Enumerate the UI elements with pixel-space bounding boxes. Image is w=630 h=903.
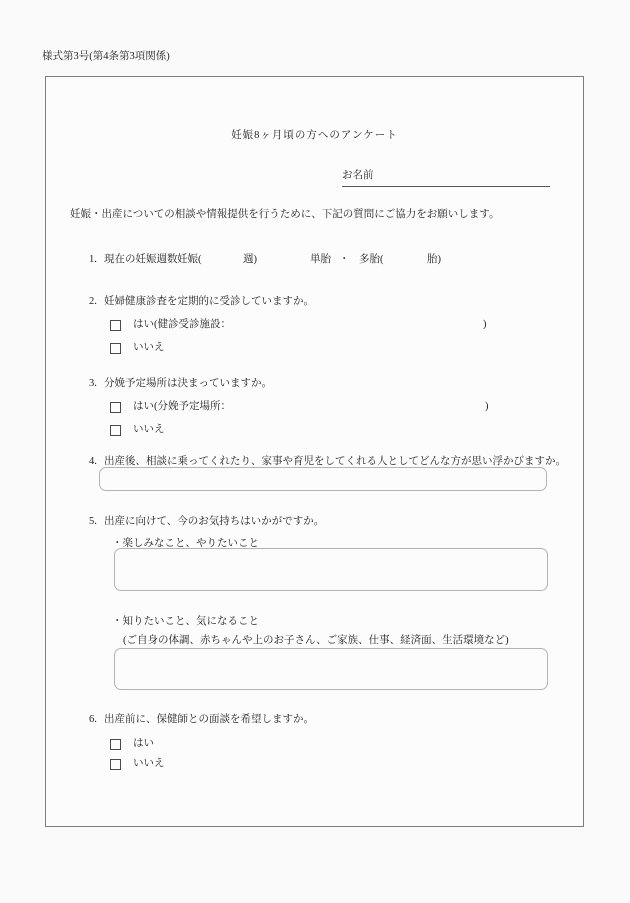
checkbox-q2-yes[interactable]: [110, 320, 121, 331]
checkbox-q2-no[interactable]: [110, 343, 121, 354]
name-label: お名前: [342, 170, 374, 181]
q1-weeks-close: 週): [243, 253, 257, 267]
q3-yes-close-paren: ): [485, 400, 489, 414]
q1-number: 1.: [89, 253, 97, 267]
q5-concern-answer-box[interactable]: [114, 648, 548, 690]
checkbox-q6-yes[interactable]: [110, 739, 121, 750]
q2-number: 2.: [89, 295, 97, 309]
question-5-header: 5. 出産に向けて、今のお気持ちはいかがですか。: [46, 515, 583, 530]
question-2-header: 2. 妊婦健康診査を定期的に受診していますか。: [46, 295, 583, 310]
q3-number: 3.: [89, 377, 97, 391]
form-number: 様式第3号(第4条第3項関係): [42, 50, 170, 64]
checkbox-q6-no[interactable]: [110, 759, 121, 770]
question-6-header: 6. 出産前に、保健師との面談を希望しますか。: [46, 713, 583, 728]
q4-answer-box[interactable]: [99, 467, 547, 491]
checkbox-q3-no[interactable]: [110, 425, 121, 436]
q3-yes-label: はい(分娩予定場所：: [133, 400, 231, 414]
intro-text: 妊娠・出産についての相談や情報提供を行うために、下記の質問にご協力をお願いします…: [70, 208, 499, 222]
q6-yes-label: はい: [133, 737, 154, 751]
question-1-row: 1. 現在の妊娠週数 妊娠( 週) 単胎 ・ 多胎( 胎): [46, 253, 583, 268]
name-input-line[interactable]: お名前: [342, 169, 550, 187]
q5-sub2-row: ・知りたいこと、気になること: [46, 615, 583, 630]
questionnaire-sheet: 妊娠8ヶ月頃の方へのアンケート お名前 妊娠・出産についての相談や情報提供を行う…: [45, 76, 584, 827]
q6-no-label: いいえ: [133, 757, 165, 771]
q3-yes-row: はい(分娩予定場所： ): [46, 400, 583, 415]
q1-single-option: 単胎: [310, 253, 331, 267]
q5-sub2-label: ・知りたいこと、気になること: [112, 615, 259, 629]
q2-yes-label: はい(健診受診施設：: [133, 318, 231, 332]
checkbox-q3-yes[interactable]: [110, 402, 121, 413]
q5-text: 出産に向けて、今のお気持ちはいかがですか。: [104, 515, 324, 529]
q1-text: 現在の妊娠週数: [104, 253, 178, 267]
q1-multi-close: 胎): [427, 253, 441, 267]
q5-number: 5.: [89, 515, 97, 529]
q3-no-label: いいえ: [133, 423, 165, 437]
q2-yes-row: はい(健診受診施設： ): [46, 318, 583, 333]
q3-text: 分娩予定場所は決まっていますか。: [104, 377, 272, 391]
q4-number: 4.: [89, 455, 97, 469]
q2-no-label: いいえ: [133, 341, 165, 355]
q6-yes-row: はい: [46, 737, 583, 752]
q1-weeks-open: 妊娠(: [177, 253, 202, 267]
q2-no-row: いいえ: [46, 341, 583, 356]
q2-text: 妊婦健康診査を定期的に受診していますか。: [104, 295, 314, 309]
form-title: 妊娠8ヶ月頃の方へのアンケート: [46, 129, 583, 143]
q5-sub2-note-row: (ご自身の体調、赤ちゃんや上のお子さん、ご家族、仕事、経済面、生活環境など): [46, 634, 583, 649]
q3-no-row: いいえ: [46, 423, 583, 438]
q6-no-row: いいえ: [46, 757, 583, 772]
q1-dot-separator: ・: [339, 253, 350, 267]
q1-multi-open: 多胎(: [359, 253, 384, 267]
q6-number: 6.: [89, 713, 97, 727]
q5-sub2-note: (ご自身の体調、赤ちゃんや上のお子さん、ご家族、仕事、経済面、生活環境など): [123, 634, 509, 648]
q2-yes-close-paren: ): [483, 318, 487, 332]
q6-text: 出産前に、保健師との面談を希望しますか。: [104, 713, 314, 727]
q5-fun-answer-box[interactable]: [114, 548, 548, 591]
question-3-header: 3. 分娩予定場所は決まっていますか。: [46, 377, 583, 392]
